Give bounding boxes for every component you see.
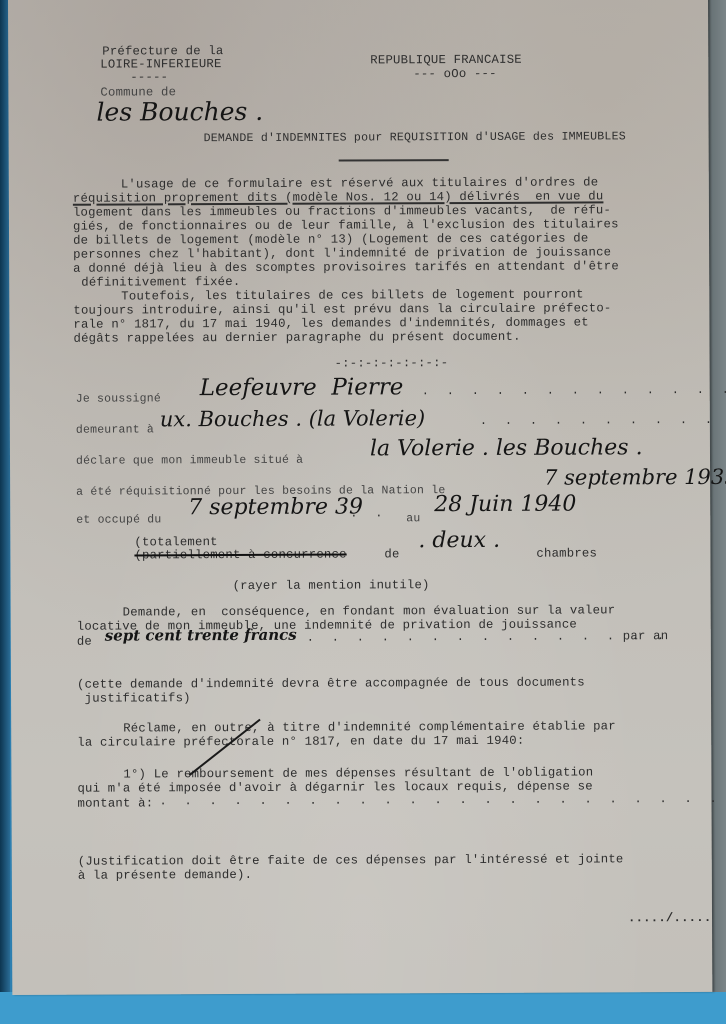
section-separator: -:-:-:-:-:-:-:- [335,356,449,370]
prefecture-separator: ----- [130,70,168,84]
intro-line-8: définitivement fixée. [81,275,240,290]
demeurant-field[interactable]: ux. Bouches . (la Volerie) [160,406,425,431]
intro-line-7: a donné déjà lieu à des scomptes proviso… [73,259,619,275]
justification-line-1: (Justification doit être faite de ces dé… [78,852,624,868]
reclame-line-2: la circulaire préfectorale n° 1817, en d… [77,734,524,750]
occupe-to-label: au [406,512,420,526]
justification-line-2: à la présente demande). [78,868,252,883]
document-title: DEMANDE d'INDEMNITES pour REQUISITION d'… [204,130,626,146]
de-label: de [384,547,399,561]
chambres-label: chambres [536,546,597,560]
demeurant-dots: . . . . . . . . . . . . [480,413,726,428]
amount-field[interactable]: sept cent trente francs [105,626,297,645]
commune-value: les Bouches . [96,97,263,127]
montant-field[interactable]: . . . . . . . . . . . . . . . . . . . . … [159,791,726,808]
toutefois-line-4: dégâts rappelées au dernier paragraphe d… [73,330,520,346]
montant-label: montant à: [77,796,153,810]
occupe-from-field[interactable]: 7 septembre 39 [188,494,363,520]
form-sheet: Préfecture de la LOIRE-INFERIEURE ----- … [8,0,712,995]
par-an-label: par an [623,629,669,643]
partiellement-struck: (partiellement à concurrence [134,548,346,563]
requisitionne-date-field[interactable]: 7 septembre 1939 [544,465,726,490]
soussigne-dots: . . . . . . . . . . . . . . . . [422,383,726,399]
continuation-marker: ...../..... [628,911,711,925]
background-bottom-band [0,992,726,1024]
rayer-note: (rayer la mention inutile) [233,578,430,593]
soussigne-label: Je soussigné [76,392,161,406]
soussigne-field[interactable]: Leefeuvre Pierre [200,374,404,401]
reclame-line-1: Réclame, en outre, à titre d'indemnité c… [123,719,616,735]
situe-field[interactable]: la Volerie . les Bouches . [370,435,643,461]
amount-dots: . . . . . . . . . . . . . . . [307,629,670,645]
demande-de-label: de [77,635,92,649]
occupe-dots: . . [350,506,388,520]
option-partiellement: (partiellement à concurrence [134,548,346,563]
occupe-to-field[interactable]: 28 Juin 1940 [434,492,576,518]
demeurant-label: demeurant à [76,423,154,437]
republic-separator: --- oOo --- [413,67,496,81]
title-underline [339,159,449,161]
chambres-count-field[interactable]: . deux . [418,528,500,553]
situe-label: déclare que mon immeuble situé à [76,454,303,469]
republic-heading: REPUBLIQUE FRANCAISE [370,53,522,68]
demande-note-line-1: (cette demande d'indemnité devra être ac… [77,675,585,691]
demande-note-line-2: justificatifs) [77,691,191,705]
chambres-count-value: deux [432,528,486,553]
occupe-label: et occupé du [76,513,161,527]
